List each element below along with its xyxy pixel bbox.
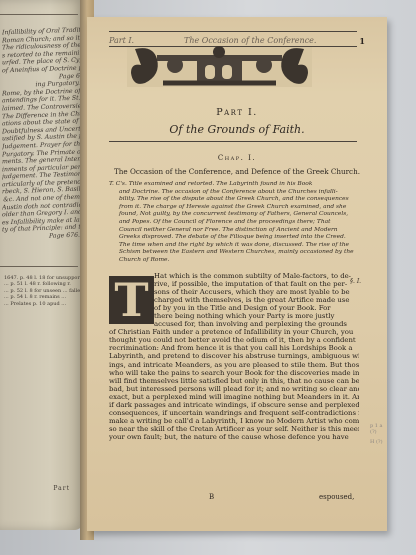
page-number: 1	[359, 36, 365, 46]
right-page: Part I. The Occasion of the Conference. …	[87, 17, 387, 531]
text-line: thought you could not better avoid the o…	[109, 336, 359, 344]
chapter-heading: Chap. I.	[87, 154, 387, 162]
text-line: there being nothing which your Party is …	[109, 312, 359, 320]
signature-mark: B	[209, 493, 214, 501]
text-line: bad, but interessed persons will plead f…	[109, 385, 359, 393]
verso-section-rule	[0, 266, 78, 267]
text-line: Hat which is the common subtilty of Male…	[109, 272, 359, 280]
pencil-annotation: p 1 a (?)	[370, 423, 387, 435]
body-text: Hat which is the common subtilty of Male…	[109, 272, 359, 441]
text-line: consequences, if uncertain wandrings and…	[109, 409, 359, 417]
woodcut-headpiece-ornament	[127, 43, 312, 89]
text-line: so near the skill of the Cretan Artifice…	[109, 425, 359, 433]
pencil-annotation: H (?)	[370, 439, 383, 445]
text-line: accused for, than involving and perplexi…	[109, 320, 359, 328]
text-line: Church of Rome.	[109, 257, 357, 265]
verso-contents-text: Infallibility of Oral Tradition.Roman Ch…	[2, 27, 80, 242]
section-rule	[109, 141, 357, 142]
part-subtitle: Of the Grounds of Faith.	[87, 123, 387, 136]
text-line: The time when and the right by which it …	[109, 242, 357, 250]
chapter-title: The Occasion of the Conference, and Defe…	[87, 167, 387, 176]
text-line: of by you in the Title and Design of you…	[109, 304, 359, 312]
text-line: Schism between the Eastern and Western C…	[109, 249, 357, 257]
text-line: ings, and intricate Meanders, as you are…	[109, 361, 359, 369]
text-line: recrimination: And from hence it is that…	[109, 344, 359, 352]
text-line: your own fault; but, the nature of the c…	[109, 433, 359, 441]
text-line: of Christian Faith under a pretence of I…	[109, 328, 359, 336]
running-head-top-rule	[109, 31, 357, 32]
text-line: charged with themselves, is the great Ar…	[109, 296, 359, 304]
verso-head-rule	[0, 14, 78, 15]
text-line: make a writing be call'd a Labyrinth, I …	[109, 417, 359, 425]
text-line: ... Prelates p. 10 apud ...	[4, 301, 80, 307]
text-line: ... p. 51 l. 48 r. following r.	[4, 281, 80, 287]
text-line: sons of their Accusers, which they are m…	[109, 288, 359, 296]
text-line: who will take the pains to search your B…	[109, 369, 359, 377]
text-line: Labyrinth, and pretend to discover his a…	[109, 352, 359, 360]
text-line: and Doctrine. The occasion of the Confer…	[109, 189, 357, 197]
chapter-summary: T. C's. Title examined and retorted. The…	[109, 181, 357, 265]
verso-catchword: Part	[53, 485, 70, 492]
text-line: T. C's. Title examined and retorted. The…	[109, 181, 357, 189]
text-line: found, Not guilty, by the concurrent tes…	[109, 211, 357, 219]
text-line: from it. The charge of Heresie against t…	[109, 204, 357, 212]
text-line: bility. The rise of the dispute about th…	[109, 196, 357, 204]
text-line: exact, but a perplexed mind will imagine…	[109, 393, 359, 401]
text-line: if dark passages and intricate windings,…	[109, 401, 359, 409]
text-line: will find themselves little satisfied bu…	[109, 377, 359, 385]
part-heading: Part I.	[87, 107, 387, 118]
verso-errata-text: 1647. p. 48 l. 18 for unsupportable rea-…	[4, 275, 80, 307]
text-line: rive, if possible, the imputation of tha…	[109, 280, 359, 288]
text-line: Council neither General nor Free. The di…	[109, 227, 357, 235]
text-line: Greeks disproved. The debate of the Fili…	[109, 234, 357, 242]
left-page: Infallibility of Oral Tradition.Roman Ch…	[0, 0, 84, 530]
catchword: espoused,	[319, 493, 354, 501]
text-line: and Popes. Of the Council of Florence an…	[109, 219, 357, 227]
